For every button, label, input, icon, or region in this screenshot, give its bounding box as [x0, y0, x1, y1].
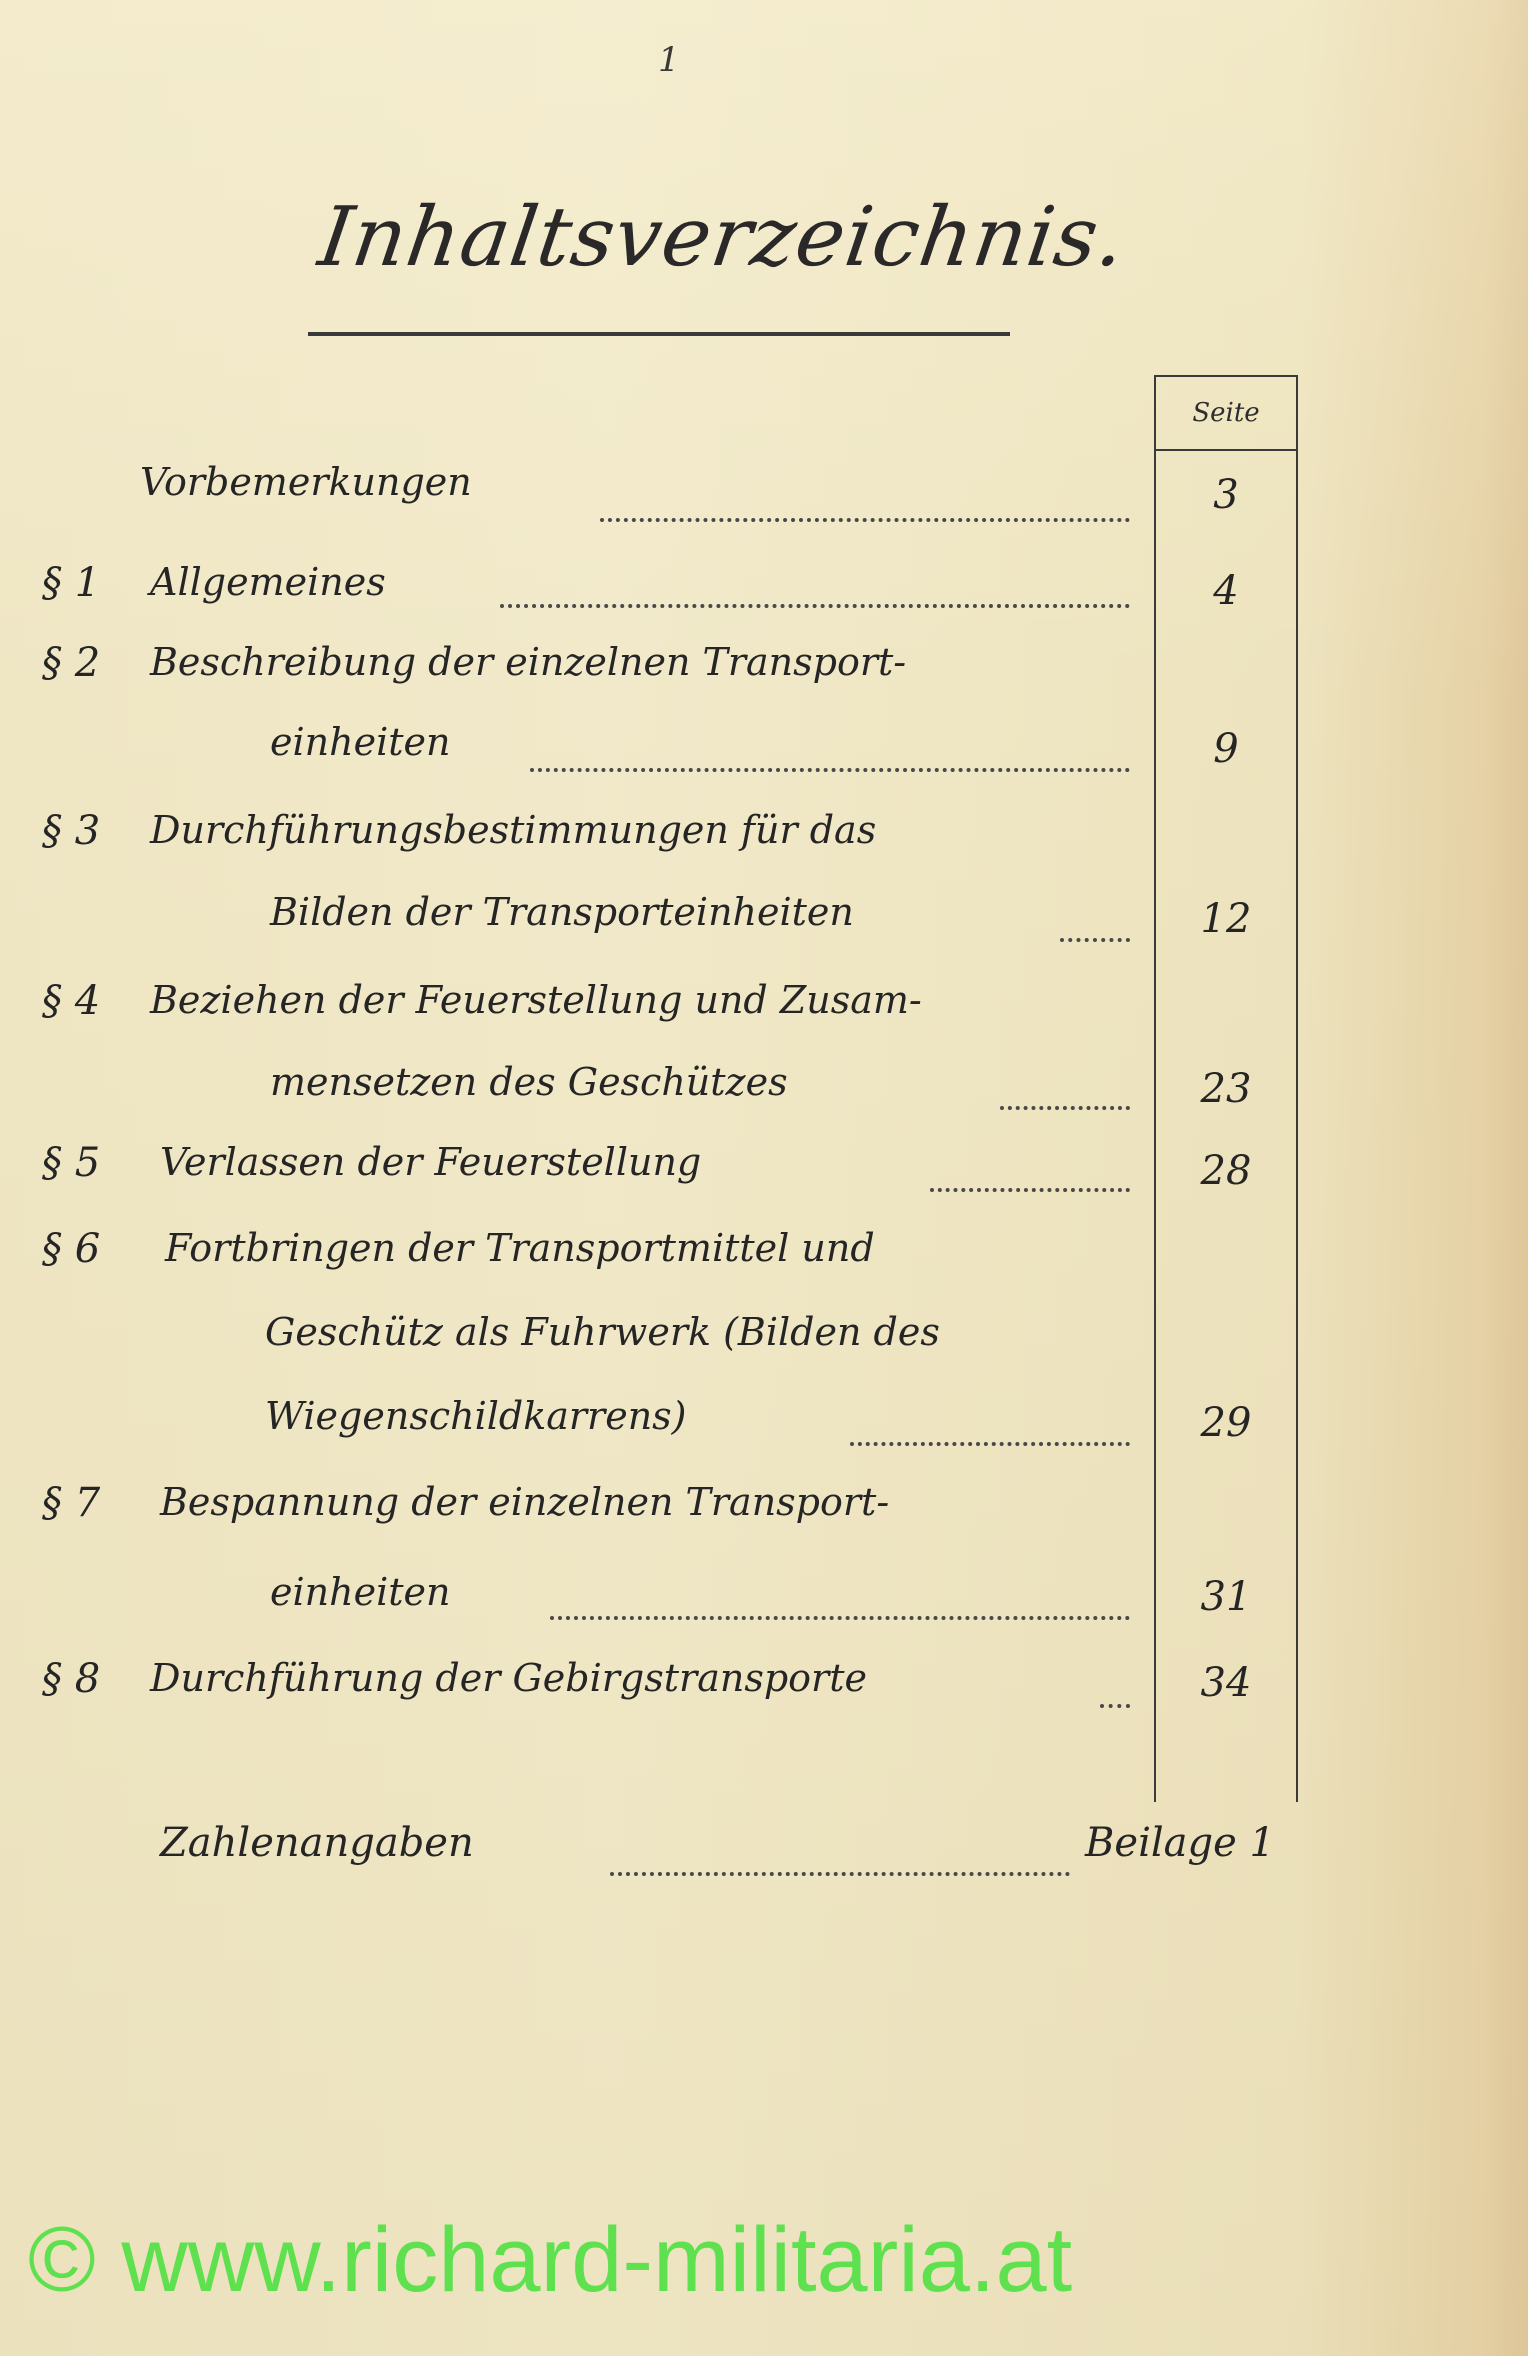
section-number: § 1 [42, 560, 100, 606]
page-number: 1 [658, 40, 680, 80]
toc-page-number: 23 [1156, 1066, 1296, 1112]
toc-page-number: 29 [1156, 1400, 1296, 1446]
page-title: Inhaltsverzeichnis. [313, 190, 1016, 285]
toc-entry-title-line-1: Beziehen der Feuerstellung und Zusam- [150, 978, 922, 1022]
toc-entry-title-line-2: mensetzen des Geschützes [270, 1060, 788, 1104]
dot-leader [850, 1436, 1130, 1446]
toc-page-number: 4 [1156, 568, 1296, 614]
dot-leader [1000, 1100, 1130, 1110]
dot-leader [530, 762, 1130, 772]
appendix-reference: Beilage 1 [1085, 1820, 1275, 1866]
toc-entry-title-line-2: einheiten [270, 720, 450, 764]
page-column-header: Seite [1156, 377, 1296, 451]
toc-entry-title-line-2: Geschütz als Fuhrwerk (Bilden des [265, 1310, 940, 1354]
toc-entry-title: Vorbemerkungen [140, 460, 472, 504]
dot-leader [550, 1610, 1130, 1620]
dot-leader [1060, 932, 1130, 942]
dot-leader [930, 1182, 1130, 1192]
copyright-watermark: © www.richard-militaria.at [28, 2208, 1072, 2313]
toc-page-number: 9 [1156, 726, 1296, 772]
toc-entry-title: Durchführung der Gebirgstransporte [150, 1656, 867, 1700]
toc-entry-title: Verlassen der Feuerstellung [160, 1140, 701, 1184]
toc-entry-title-line-1: Durchführungsbestimmungen für das [150, 808, 876, 852]
section-number: § 8 [42, 1656, 100, 1702]
dot-leader [610, 1866, 1070, 1876]
toc-page-number: 31 [1156, 1574, 1296, 1620]
appendix-title: Zahlenangaben [160, 1820, 474, 1866]
toc-entry-title-line-2: Bilden der Transporteinheiten [270, 890, 854, 934]
toc-entry-title: Allgemeines [150, 560, 386, 604]
toc-page-number: 12 [1156, 896, 1296, 942]
dot-leader [1100, 1698, 1130, 1708]
toc-entry-title-line-1: Fortbringen der Transportmittel und [165, 1226, 875, 1270]
dot-leader [500, 598, 1130, 608]
section-number: § 4 [42, 978, 100, 1024]
section-number: § 6 [42, 1226, 100, 1272]
toc-entry-title-line-3: Wiegenschildkarrens) [265, 1394, 687, 1438]
section-number: § 7 [42, 1480, 100, 1526]
section-number: § 3 [42, 808, 100, 854]
toc-page-number: 28 [1156, 1148, 1296, 1194]
toc-entry-title-line-1: Beschreibung der einzelnen Transport- [150, 640, 906, 684]
section-number: § 5 [42, 1140, 100, 1186]
toc-entry-title-line-1: Bespannung der einzelnen Transport- [160, 1480, 889, 1524]
dot-leader [600, 512, 1130, 522]
toc-page-number: 34 [1156, 1660, 1296, 1706]
toc-entry-title-line-2: einheiten [270, 1570, 450, 1614]
section-number: § 2 [42, 640, 100, 686]
title-underline [308, 332, 1010, 336]
toc-page-number: 3 [1156, 472, 1296, 518]
